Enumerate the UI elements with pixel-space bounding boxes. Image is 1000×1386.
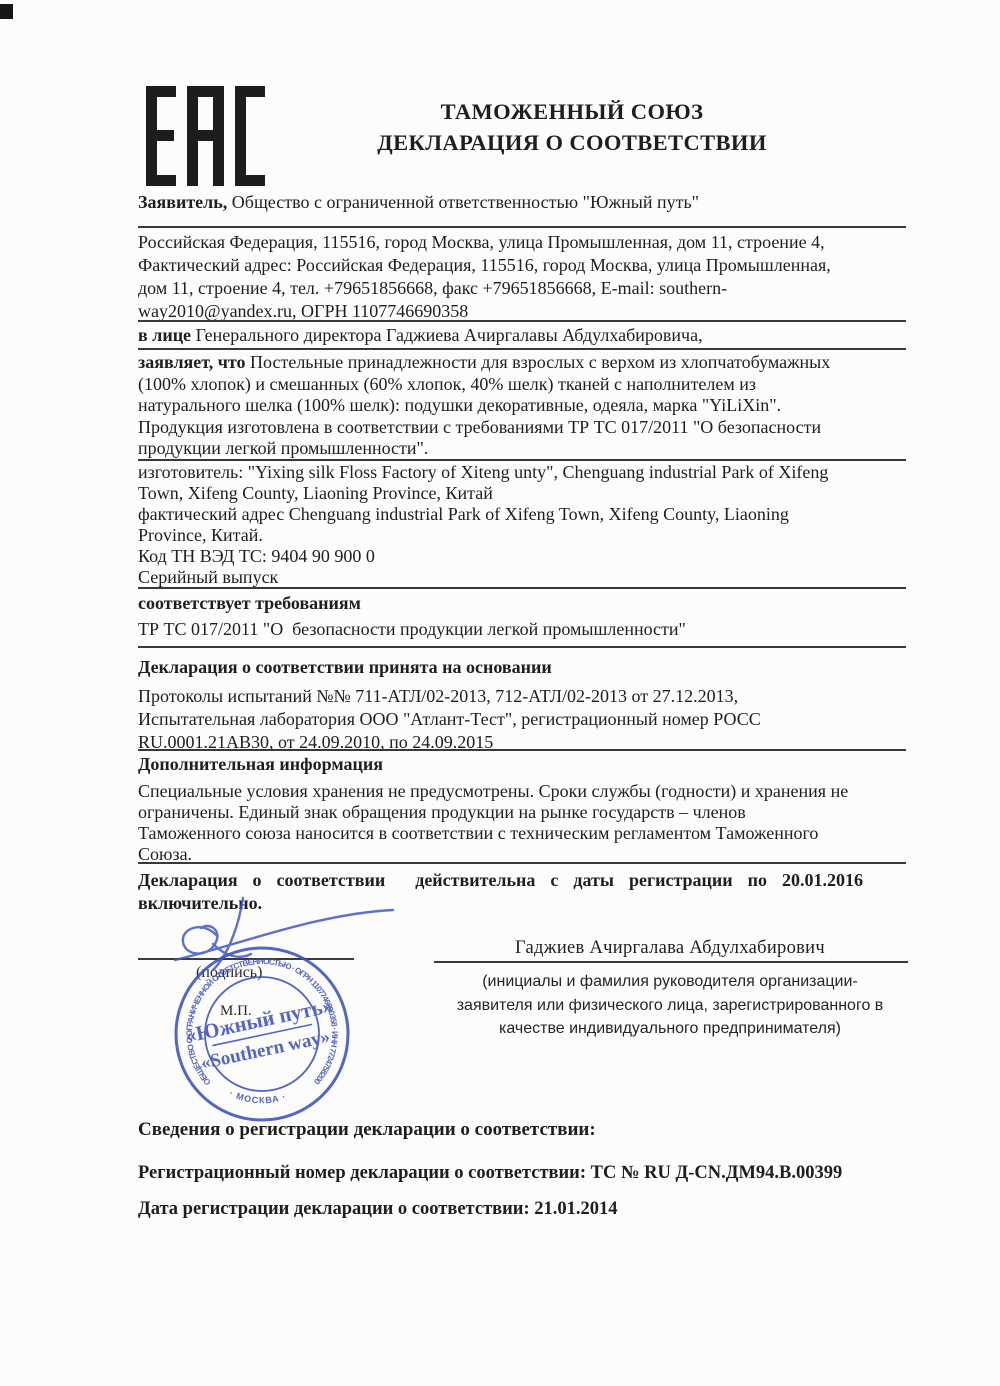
divider (138, 320, 906, 322)
declares-label: заявляет, что (138, 352, 250, 372)
registration-heading: Сведения о регистрации декларации о соот… (138, 1119, 596, 1141)
manufacturer-block: изготовитель: "Yixing silk Floss Factory… (138, 462, 828, 588)
additional-block: Специальные условия хранения не предусмо… (138, 781, 848, 865)
signatory-name-line (434, 961, 908, 963)
declaration-statement: заявляет, что Постельные принадлежности … (138, 352, 830, 460)
scan-corner-artifact (0, 4, 13, 19)
basis-block: Протоколы испытаний №№ 711-АТЛ/02-2013, … (138, 685, 761, 754)
applicant-address: Российская Федерация, 115516, город Моск… (138, 231, 831, 323)
complies-value: ТР ТС 017/2011 "О безопасности продукции… (138, 618, 686, 640)
represented-by-row: в лице Генерального директора Гаджиева А… (138, 324, 703, 346)
basis-heading: Декларация о соответствии принята на осн… (138, 656, 552, 678)
divider (138, 226, 906, 228)
complies-heading: соответствует требованиям (138, 592, 361, 614)
title-line2: ДЕКЛАРАЦИЯ О СООТВЕТСТВИИ (377, 130, 766, 155)
registration-date: Дата регистрации декларации о соответств… (138, 1198, 618, 1220)
divider (138, 646, 906, 648)
document-title: ТАМОЖЕННЫЙ СОЮЗДЕКЛАРАЦИЯ О СООТВЕТСТВИИ (272, 96, 872, 158)
represented-by-label: в лице (138, 325, 196, 345)
handwritten-signature (155, 884, 405, 994)
eac-logo-icon (146, 86, 266, 186)
registration-number: Регистрационный номер декларации о соотв… (138, 1162, 842, 1184)
applicant-value: Общество с ограниченной ответственностью… (232, 192, 699, 212)
applicant-row: Заявитель, Общество с ограниченной ответ… (138, 191, 699, 213)
divider (138, 587, 906, 589)
signatory-name: Гаджиев Ачиргалава Абдулхабирович (430, 938, 910, 959)
document-page: ТАМОЖЕННЫЙ СОЮЗДЕКЛАРАЦИЯ О СООТВЕТСТВИИ… (0, 0, 1000, 1386)
divider (138, 749, 906, 751)
applicant-label: Заявитель, (138, 192, 232, 212)
divider (138, 348, 906, 350)
title-line1: ТАМОЖЕННЫЙ СОЮЗ (441, 99, 704, 124)
divider (138, 459, 906, 461)
divider (138, 862, 906, 864)
represented-by-value: Генерального директора Гаджиева Ачиргала… (196, 325, 703, 345)
signatory-caption: (инициалы и фамилия руководителя организ… (430, 970, 910, 1041)
additional-heading: Дополнительная информация (138, 753, 383, 775)
